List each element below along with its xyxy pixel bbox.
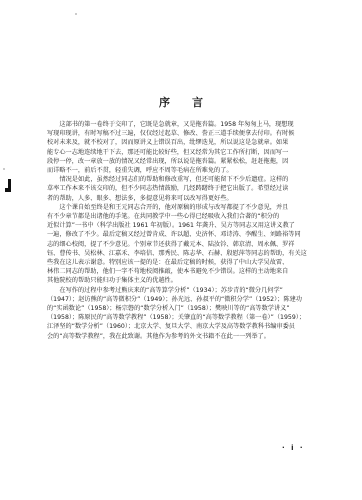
preface-body: 这部书的第一卷终于交印了，它既是急就章，又是拖沓篇。1958 年匆匆上马，现想现… xyxy=(47,120,330,341)
text-line: 这部书的第一卷终于交印了，它既是急就章，又是拖沓篇。1958 年匆匆上马，现想现 xyxy=(47,120,330,129)
margin-mark xyxy=(5,179,11,192)
text-line: 段停一停，改一章放一放的情况又经常出现，所以说是拖沓篇。紧紧松松，赶赶拖拖，因 xyxy=(35,157,330,166)
page-number: · i · xyxy=(282,444,305,452)
paragraph-1: 这部书的第一卷终于交印了，它既是急就章，又是拖沓篇。1958 年匆匆上马，现想现… xyxy=(47,120,330,175)
text-line: （1947）；赵访熊的“高等微积分”（1949）；孙光远、孙叔平的“微积分学”（… xyxy=(35,295,330,304)
text-line: 情况是如此，虽然经过同志们的帮助和修改重写，但还可能留下不少后遗症。这样的 xyxy=(47,175,330,184)
text-line: 草率工作本来不该交印的，但不少同志热情鼓励，几经踌躇终于把它出版了。希望经过读 xyxy=(35,184,330,193)
text-line: 这个课自始至终是和王元同志合开的，他对原稿的形成与改写都提了不少意见，并且 xyxy=(47,203,330,212)
text-line: 写现印现讲，有时写稿不过三遍，仅仅经过起草、修改、誊正三道手续便拿去付印。有时候 xyxy=(35,129,330,138)
text-line: 在写作的过程中参考过熊庆来的“高等算学分析”（1934）；苏步青的“微分几何学” xyxy=(47,286,330,295)
text-line: 者的帮助，人多、眼多、想法多，多提意见将来可以改写得更好些。 xyxy=(35,194,330,203)
scan-speck xyxy=(75,13,77,15)
paragraph-4: 在写作的过程中参考过熊庆来的“高等算学分析”（1934）；苏步青的“微分几何学”… xyxy=(47,286,330,341)
text-line: 一遍，修改了不少。最后定稿又经过曾肯成、许以超、史济怀、邓诗涛、李醒生、刘路裕等… xyxy=(35,230,330,239)
text-line: 其他院校的帮助只能归功于集体主义的优越性。 xyxy=(35,276,330,285)
text-line: 江泽坚的“数学分析”（1960）；北京大学、复旦大学、南京大学及高等数学教科书编… xyxy=(35,322,330,331)
book-page: 序言 这部书的第一卷终于交印了，它既是急就章，又是拖沓篇。1958 年匆匆上马，… xyxy=(0,0,362,500)
text-line: 钰、曹传书、吴松林、江嘉禾、李培信、那秀民、陈志华、石赫、殷慰萍等同志的帮助，有… xyxy=(35,249,330,258)
text-line: 能专心一志地连续地干下去，那还可能比较好些，但又经常为其它工作所打断，因而写一 xyxy=(35,148,330,157)
text-line: 林伟二同志的帮助，他们一字不苟地校阅推敲，使本书避免不少错误。这样的主动地来自 xyxy=(35,267,330,276)
text-line: 而详略不一，前后不贯，轻重失调，呼应不周等毛病在所难免的了。 xyxy=(35,166,330,175)
text-line: 的“实函数论”（1958）；杨宗磐的“数学分析入门”（1958）；樊映川等的“高… xyxy=(35,304,330,313)
text-line: （1958）；陈原民的“高等数学教程”（1958）；关肇直的“高等数学教程（第一… xyxy=(35,313,330,322)
text-line: 志的细心校阅，提了不少意见。个别章节还获得了戴元本、陆汝钤、韩京清、周永佩、罗祥 xyxy=(35,240,330,249)
text-line: 校对未来及，就不校对了，因而原讲义上错误百出，纰缪迭见，所以说这是急就章。如果 xyxy=(35,138,330,147)
text-line: 会的“高等数学教程”，我在此致谢。其他作为参考的外文书籍不在此一一列举了。 xyxy=(35,332,330,341)
text-line: 有不少章节都是出诸他的手笔。在共同教学中一些心得已经吸收入我们合著的“积分的 xyxy=(35,212,330,221)
paragraph-2: 情况是如此，虽然经过同志们的帮助和修改重写，但还可能留下不少后遗症。这样的 草率… xyxy=(47,175,330,203)
scan-speck xyxy=(3,168,5,170)
paragraph-3: 这个课自始至终是和王元同志合开的，他对原稿的形成与改写都提了不少意见，并且 有不… xyxy=(47,203,330,286)
margin-mark-foot xyxy=(5,188,11,192)
page-title: 序言 xyxy=(0,94,362,110)
text-line: 些我在这儿表示谢意。特别应该一提的是：在最后定稿的时候，获得了中山大学吴故雷、 xyxy=(35,258,330,267)
text-line: 近似计算”一书中（科学出版社 1961 年初版）。1961 年龚升、吴方等同志又… xyxy=(35,221,330,230)
